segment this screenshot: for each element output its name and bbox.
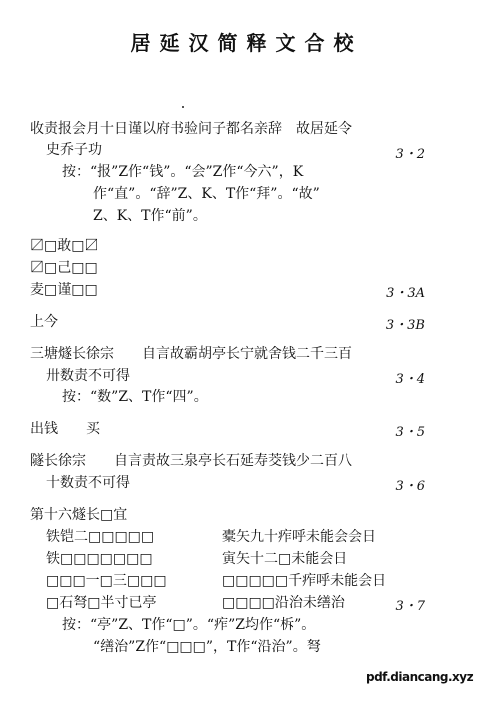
entry-3-3a-line-1: 〼□敢□〼 bbox=[30, 237, 98, 255]
entry-3-6-ref: 3・6 bbox=[395, 475, 425, 494]
entry-3-7-heading: 第十六燧长□宜 bbox=[30, 506, 127, 524]
entry-3-4-line-2: 卅数责不可得 bbox=[46, 367, 130, 385]
entry-3-2-note-3: Z、K、T作“前”。 bbox=[93, 207, 207, 225]
entry-3-2-line-2: 史乔子功 bbox=[46, 141, 102, 159]
entry-3-3b-line-1: 上今 bbox=[30, 313, 58, 331]
entry-3-2-line-1: 收责报会月十日谨以府书验问子都名亲辞 故居延令 bbox=[30, 120, 352, 138]
scan-speck bbox=[182, 106, 184, 108]
entry-3-3a-line-2: 〼□己□□ bbox=[30, 259, 98, 277]
entry-3-3a-ref: 3・3A bbox=[386, 282, 425, 301]
entry-3-4-note-1: 按：“数”Z、T作“四”。 bbox=[62, 388, 208, 406]
entry-3-7-right-row-4: □□□□沿治未缮治 bbox=[222, 594, 345, 612]
entry-3-7-left-row-3: □□□一□三□□□ bbox=[46, 572, 167, 590]
entry-3-7-ref: 3・7 bbox=[395, 595, 425, 614]
entry-3-4-ref: 3・4 bbox=[395, 368, 425, 387]
entry-3-7-left-row-2: 铁□□□□□□□ bbox=[46, 550, 153, 568]
page-title: 居延汉简释文合校 bbox=[0, 27, 493, 56]
entry-3-6-line-1: 隧长徐宗 自言责故三泉亭长石延寿茭钱少二百八 bbox=[30, 452, 352, 470]
entry-3-6-line-2: 十数责不可得 bbox=[46, 474, 130, 492]
entry-3-7-left-row-4: □石弩□半寸已亭 bbox=[46, 594, 156, 612]
entry-3-5-ref: 3・5 bbox=[395, 421, 425, 440]
entry-3-4-line-1: 三塘燧长徐宗 自言故霸胡亭长宁就舍钱二千三百 bbox=[30, 345, 352, 363]
entry-3-7-note-1: 按：“亭”Z、T作“□”。“痄”Z均作“柝”。 bbox=[62, 616, 315, 634]
entry-3-2-note-1: 按：“报”Z作“钱”。“会”Z作“今六”，K bbox=[62, 163, 303, 181]
entry-3-7-note-2: “缮治”Z作“□□□”，T作“沿治”。弩 bbox=[93, 638, 321, 656]
entry-3-7-right-row-2: 寅矢十二□未能会日 bbox=[222, 550, 347, 568]
entry-3-3a-line-3: 麦□谨□□ bbox=[30, 281, 98, 299]
entry-3-3b-ref: 3・3B bbox=[386, 314, 425, 333]
entry-3-5-line-1: 出钱 买 bbox=[30, 420, 100, 438]
entry-3-7-right-row-1: 橐矢九十痄呼未能会会日 bbox=[222, 528, 376, 546]
entry-3-7-left-row-1: 铁铠二□□□□□ bbox=[46, 528, 154, 546]
entry-3-2-ref: 3・2 bbox=[395, 143, 425, 162]
watermark: pdf.diancang.xyz bbox=[366, 670, 473, 684]
entry-3-2-note-2: 作“直”。“辞”Z、K、T作“拜”。“故” bbox=[93, 185, 320, 203]
entry-3-7-right-row-3: □□□□□千痄呼未能会日 bbox=[222, 572, 386, 590]
